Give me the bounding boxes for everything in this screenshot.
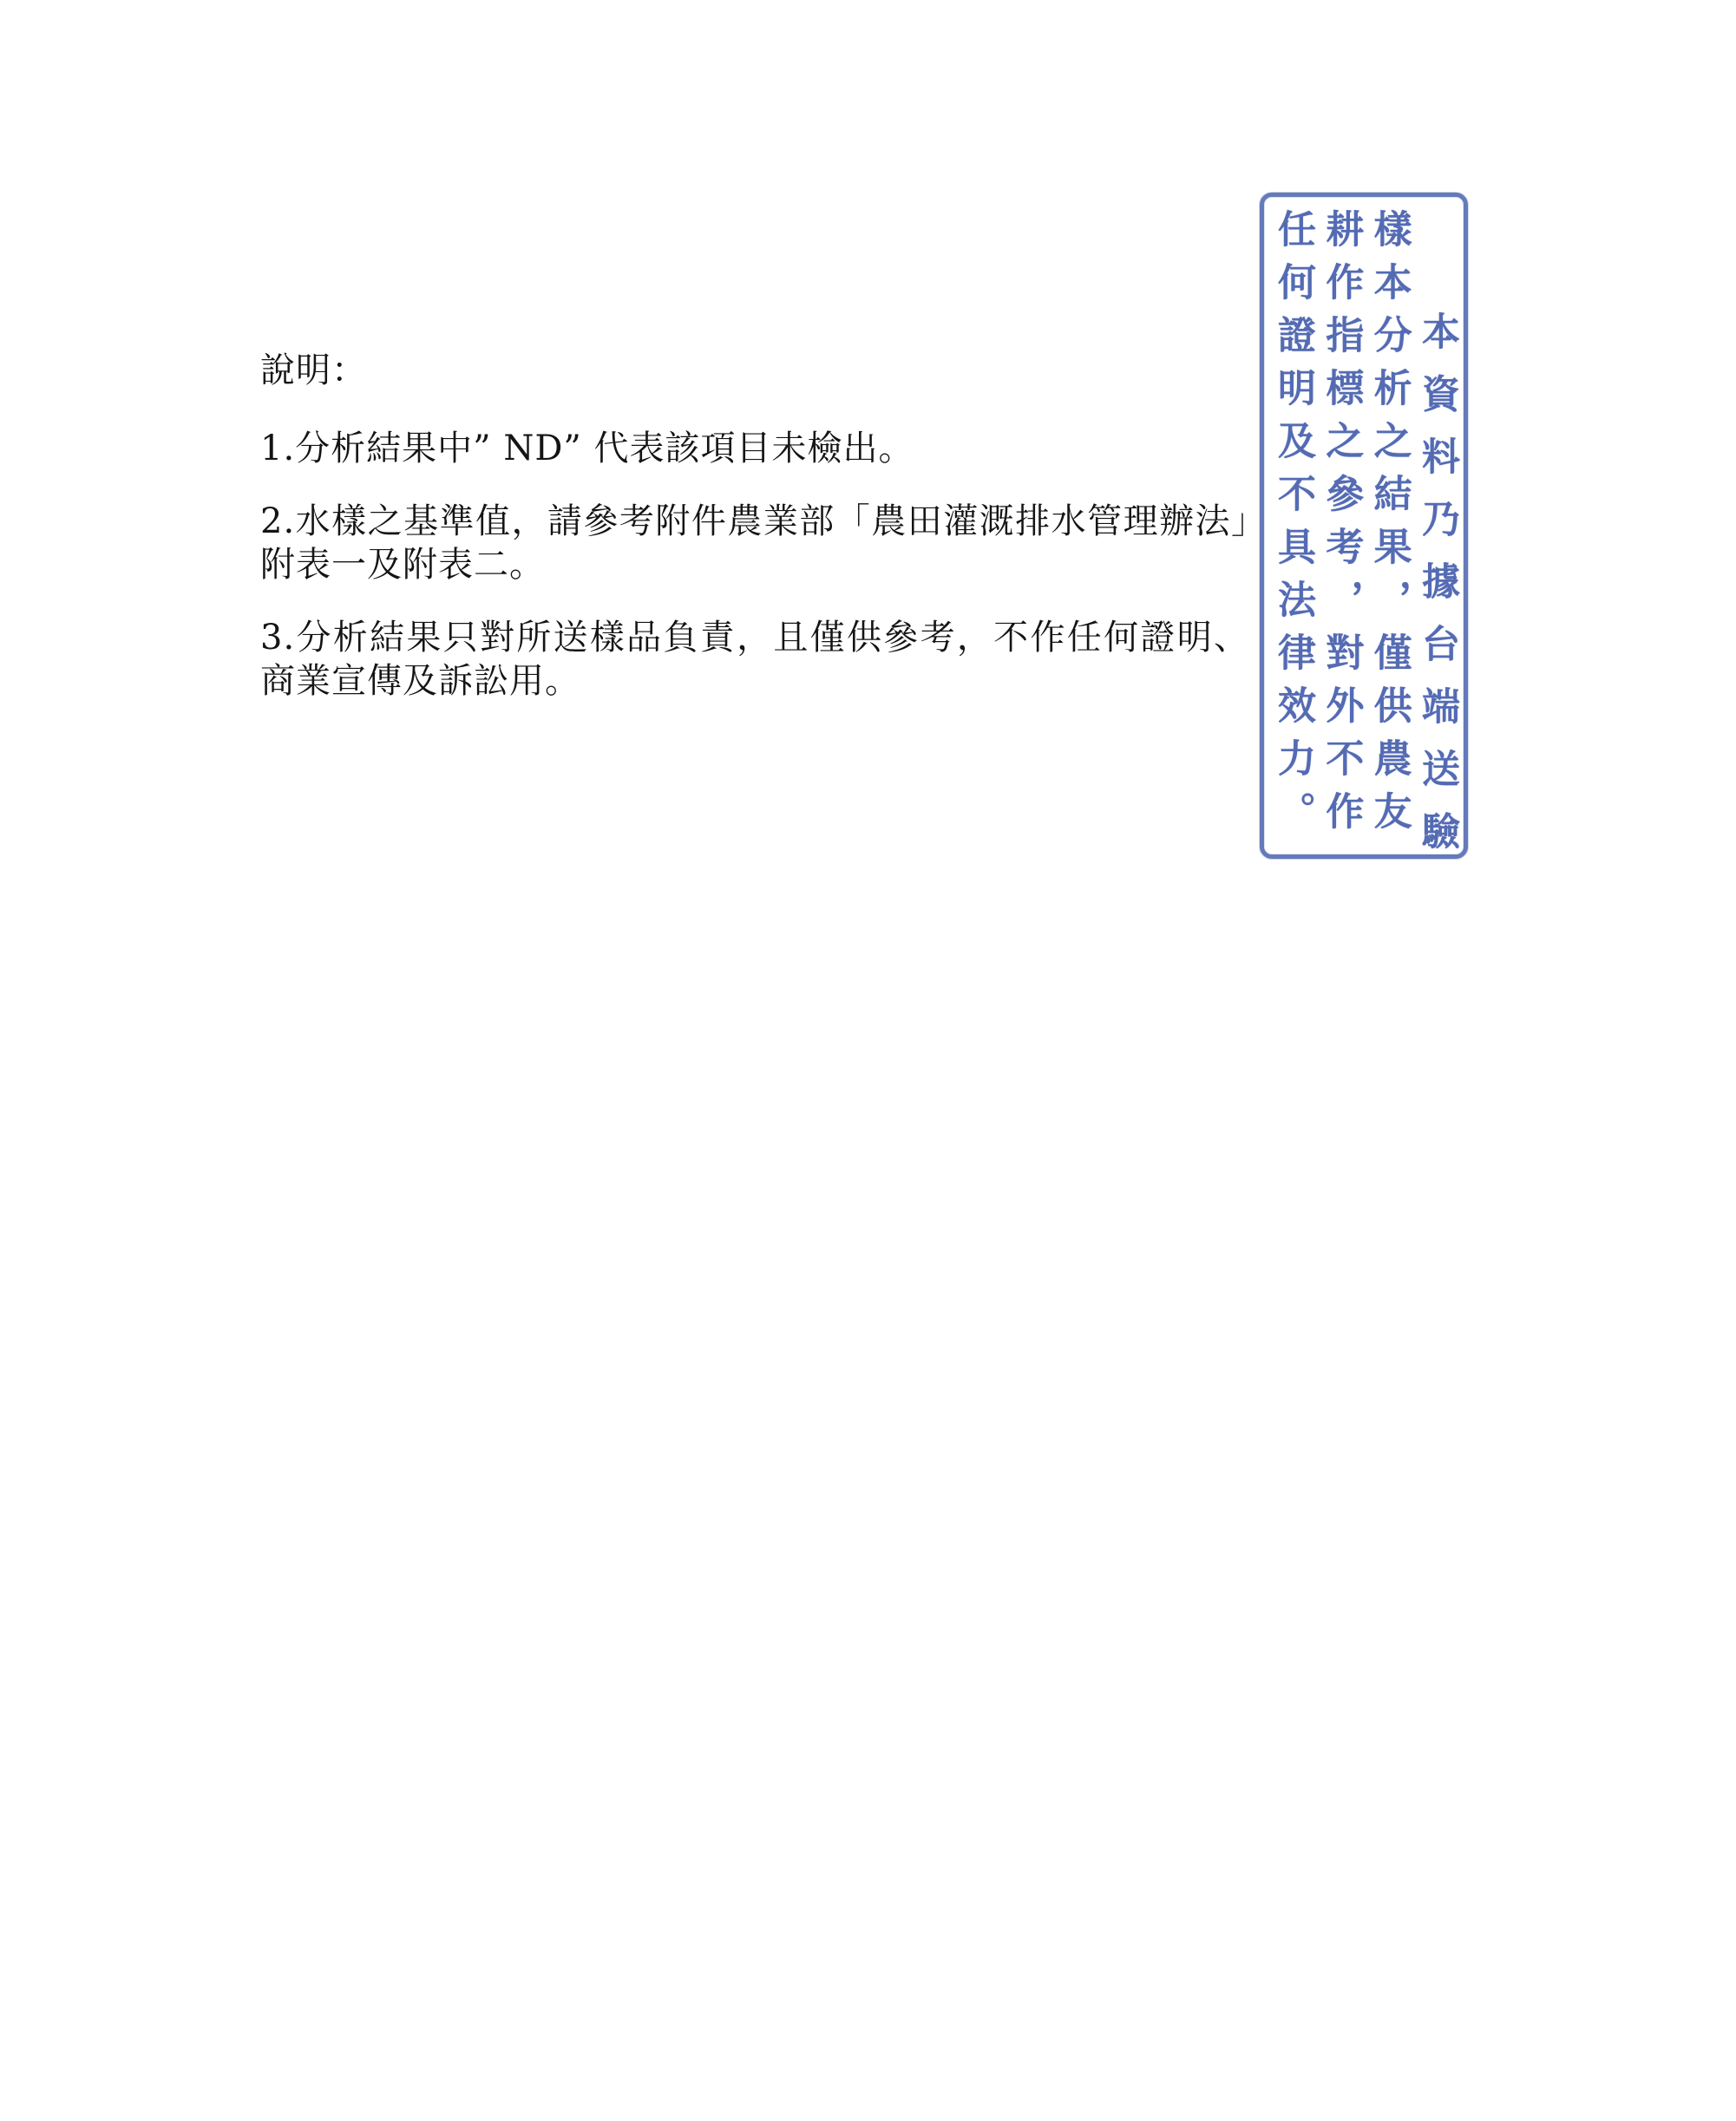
note-item-2: 2.水樣之基準值，請參考附件農業部「農田灌溉排水管理辦法」附表一及附表二。 xyxy=(260,500,1249,586)
document-page: 說明： 1.分析結果中” ND” 代表該項目未檢出。 2.水樣之基準值，請參考附… xyxy=(0,0,1736,2121)
stamp-column-4: 任何證明及不具法律效力。 xyxy=(1269,209,1316,844)
notes-heading: 說明： xyxy=(260,349,1249,392)
notes-section: 說明： 1.分析結果中” ND” 代表該項目未檢出。 2.水樣之基準值，請參考附… xyxy=(260,349,1249,732)
stamp-column-2: 樣本分析之結果，僅供農友 xyxy=(1366,209,1412,844)
stamp-column-3: 耕作指標之參考，對外不作 xyxy=(1317,209,1364,844)
stamp-column-1: 本資料乃據台端送驗 xyxy=(1413,209,1460,844)
note-item-3: 3.分析結果只對所送樣品負責，且僅供參考，不作任何證明、商業宣傳及訴訟用。 xyxy=(260,616,1249,703)
note-item-1: 1.分析結果中” ND” 代表該項目未檢出。 xyxy=(260,427,1249,470)
disclaimer-stamp: 任何證明及不具法律效力。 耕作指標之參考，對外不作 樣本分析之結果，僅供農友 本… xyxy=(1260,193,1468,859)
